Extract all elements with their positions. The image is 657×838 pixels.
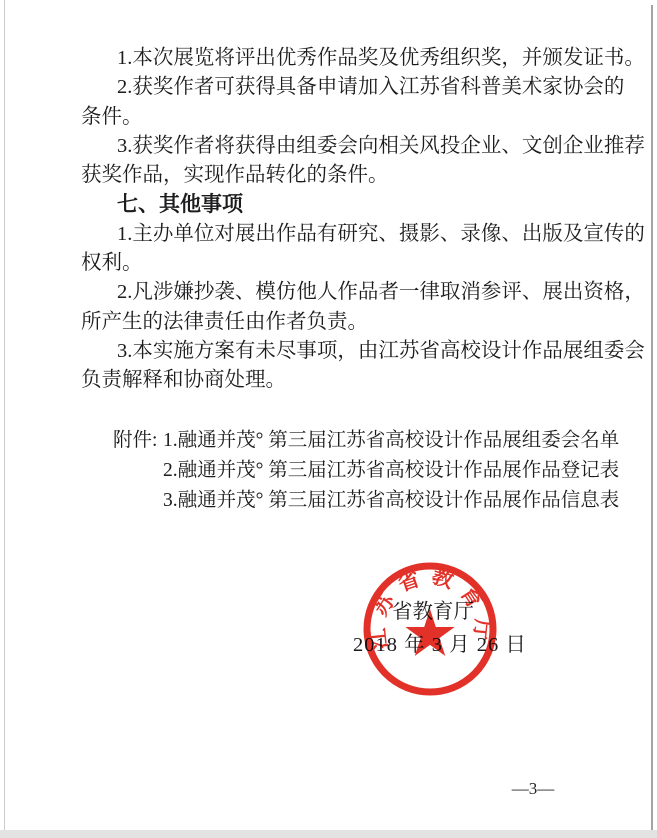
text-line: 2.获奖作者可获得具备申请加入江苏省科普美术家协会的 bbox=[81, 73, 646, 102]
official-seal: 江苏省教育厅 bbox=[357, 556, 503, 702]
attachment-list: 附件: 1.融通并茂° 第三届江苏省高校设计作品展组委会名单2.融通并茂° 第三… bbox=[113, 426, 633, 517]
text-line: 条件。 bbox=[81, 103, 646, 132]
text-line: 3.本实施方案有未尽事项，由江苏省高校设计作品展组委会 bbox=[81, 337, 646, 366]
text-line: 1.本次展览将评出优秀作品奖及优秀组织奖，并颁发证书。 bbox=[81, 44, 646, 73]
text-line: 2.凡涉嫌抄袭、模仿他人作品者一律取消参评、展出资格， bbox=[81, 278, 646, 307]
text-line: 获奖作品，实现作品转化的条件。 bbox=[81, 161, 646, 190]
attachments-label: 附件: bbox=[113, 426, 157, 456]
attachment-item: 1.融通并茂° 第三届江苏省高校设计作品展组委会名单 bbox=[163, 426, 633, 456]
attachment-items: 1.融通并茂° 第三届江苏省高校设计作品展组委会名单2.融通并茂° 第三届江苏省… bbox=[163, 426, 633, 517]
text-line: 七、其他事项 bbox=[81, 190, 646, 219]
page-number: —3— bbox=[498, 779, 568, 799]
attachment-item: 2.融通并茂° 第三届江苏省高校设计作品展作品登记表 bbox=[163, 456, 633, 486]
text-line: 权利。 bbox=[81, 249, 646, 278]
scan-edge-right bbox=[651, 5, 653, 832]
seal-star-icon bbox=[405, 609, 454, 656]
text-line: 所产生的法律责任由作者负责。 bbox=[81, 308, 646, 337]
text-line: 1.主办单位对展出作品有研究、摄影、录像、出版及宣传的 bbox=[81, 220, 646, 249]
scan-edge-bottom bbox=[0, 830, 657, 838]
text-line: 负责解释和协商处理。 bbox=[81, 366, 646, 395]
scan-edge-left bbox=[4, 0, 5, 832]
text-line: 3.获奖作者将获得由组委会向相关风投企业、文创企业推荐 bbox=[81, 132, 646, 161]
document-page: 1.本次展览将评出优秀作品奖及优秀组织奖，并颁发证书。2.获奖作者可获得具备申请… bbox=[0, 0, 657, 838]
attachment-item: 3.融通并茂° 第三届江苏省高校设计作品展作品信息表 bbox=[163, 486, 633, 516]
document-body: 1.本次展览将评出优秀作品奖及优秀组织奖，并颁发证书。2.获奖作者可获得具备申请… bbox=[81, 44, 646, 396]
